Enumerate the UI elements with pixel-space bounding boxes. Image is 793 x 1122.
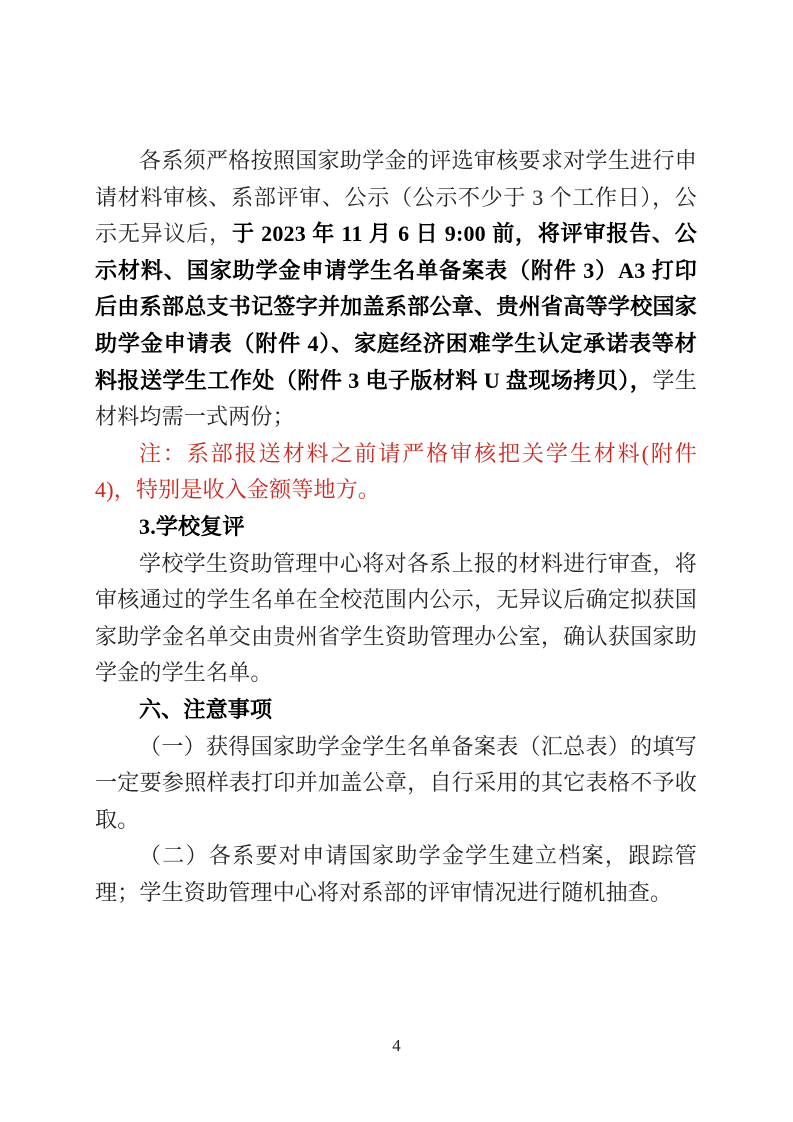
document-body: 各系须严格按照国家助学金的评选审核要求对学生进行申请材料审核、系部评审、公示（公…: [95, 143, 697, 911]
submission-deadline-bold-text: 于 2023 年 11 月 6 日 9:00 前，将评审报告、公示材料、国家助学…: [95, 221, 697, 392]
paragraph-submission-requirements: 各系须严格按照国家助学金的评选审核要求对学生进行申请材料审核、系部评审、公示（公…: [95, 143, 697, 436]
red-note-review-materials: 注：系部报送材料之前请严格审核把关学生材料(附件 4)，特别是收入金额等地方。: [95, 436, 697, 509]
heading-attention-items: 六、注意事项: [95, 692, 697, 729]
page-number: 4: [0, 1034, 793, 1058]
heading-school-review: 3.学校复评: [95, 509, 697, 546]
paragraph-attention-item-2: （二）各系要对申请国家助学金学生建立档案，跟踪管理；学生资助管理中心将对系部的评…: [95, 838, 697, 911]
document-page: 各系须严格按照国家助学金的评选审核要求对学生进行申请材料审核、系部评审、公示（公…: [0, 0, 793, 1122]
paragraph-attention-item-1: （一）获得国家助学金学生名单备案表（汇总表）的填写一定要参照样表打印并加盖公章，…: [95, 729, 697, 839]
paragraph-school-review: 学校学生资助管理中心将对各系上报的材料进行审查，将审核通过的学生名单在全校范围内…: [95, 546, 697, 692]
